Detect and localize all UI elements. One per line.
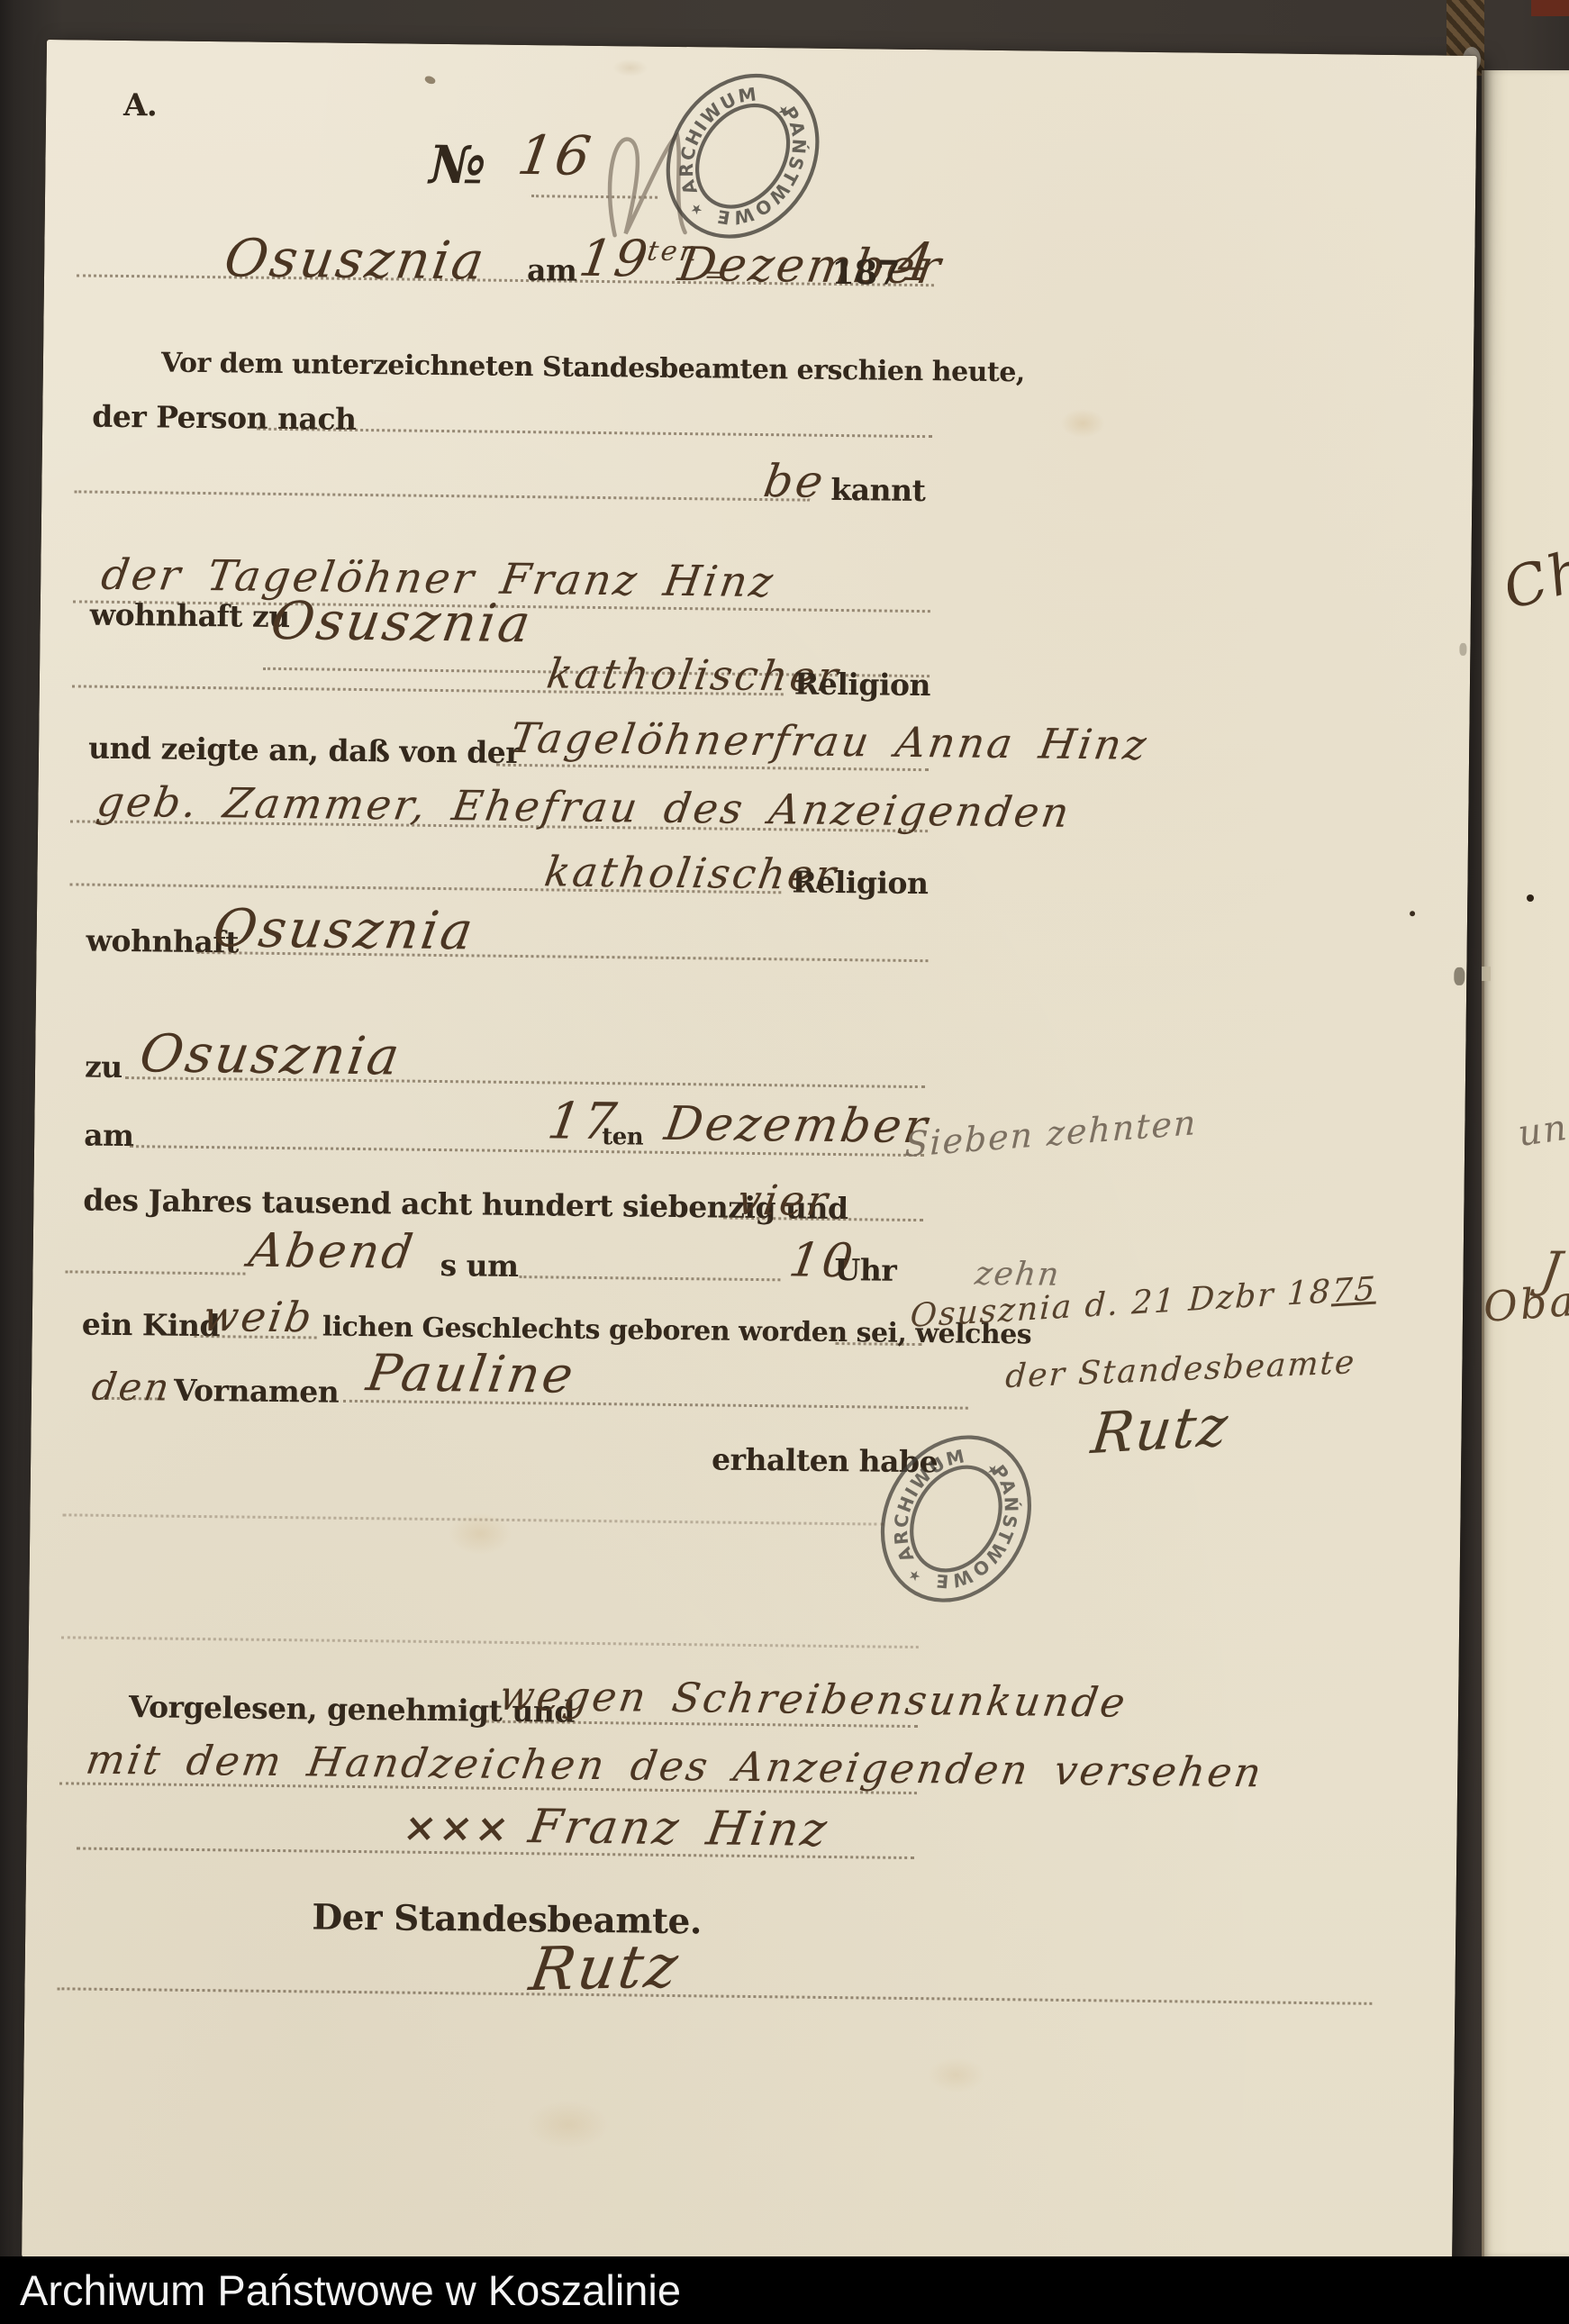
record-number-symbol: № [429,134,485,196]
article-entry: den [89,1365,175,1410]
religion-label: Religion [794,666,931,703]
svg-text:PAŃSTWOWE: PAŃSTWOWE [707,98,837,253]
paper-stain [915,2049,997,2101]
handmark-name: Franz Hinz [525,1800,832,1857]
record-page: A. № 16 ARCHIWUM PAŃSTWOWE ★ ★ Osusznia … [22,40,1477,2274]
fold-blot [1454,967,1465,985]
closing-hw1-entry: wegen Schreibensunkunde [496,1672,1131,1727]
wohnhaft-zu-label: wohnhaft zu [90,597,290,635]
page-crease [1482,70,1484,2256]
adjacent-page-edge: Ch un J Oba [1482,70,1569,2256]
margin-note-hour: zehn [973,1256,1062,1294]
dotted-rule [74,490,810,501]
margin-note-registrar: der Standesbeamte [1004,1344,1357,1395]
ink-dot [1410,911,1415,916]
dotted-rule [257,428,932,439]
archive-footer-bar: Archiwum Państwowe w Koszalinie [0,2256,1569,2324]
book-edge-red [1531,0,1569,16]
paper-nick [1482,967,1491,981]
adjacent-handwriting-fragment: un [1516,1107,1569,1155]
margin-signature: Rutz [1088,1393,1233,1467]
am-label: am [84,1118,134,1154]
place-entry: Osusznia [221,227,491,291]
svg-text:PAŃSTWOWE: PAŃSTWOWE [926,1457,1047,1614]
mother-entry: Tagelöhnerfrau Anna Hinz [507,713,1152,769]
form-corner-letter: A. [123,87,158,123]
kannt-label: kannt [830,472,925,508]
fold-nick [1459,643,1466,656]
vornamen-label: Vornamen [174,1373,340,1410]
gender-entry: weib [200,1292,318,1341]
person-nach-label: der Person nach [92,399,357,437]
adjacent-handwriting-fragment: Ch [1496,536,1569,622]
paper-stain [605,55,656,81]
announce-label: und zeigte an, daß von der [88,731,521,770]
zu-label: zu [85,1049,122,1085]
scanned-document-photo: { "footer": { "label": "Archiwum Państwo… [0,0,1569,2324]
bekannt-entry: be [760,455,829,508]
ten-label: ten [602,1123,643,1151]
intro-sentence: Vor dem unterzeichneten Standesbeamten e… [161,347,1025,388]
archive-stamp-icon: ARCHIWUM PAŃSTWOWE ★ ★ [846,1402,1067,1636]
child-name-entry: Pauline [363,1344,580,1405]
residence-entry: Osusznia [267,590,537,654]
svg-text:★: ★ [905,1566,924,1585]
handmark-line: ××× Franz Hinz [400,1799,825,1857]
margin-note-day: Sieben zehnten [904,1103,1198,1165]
dotted-rule [65,1270,245,1275]
dotted-rule [61,1636,919,1648]
paper-stain [509,2090,627,2159]
s-um-label: s um [440,1248,518,1284]
paper-stain [1051,403,1115,445]
underlined-year: 75 [1331,1270,1378,1310]
closing-hw2-entry: mit dem Handzeichen des Anzeigenden vers… [83,1736,1267,1797]
paper-stain [435,1503,526,1564]
handmark-crosses: ××× [400,1805,514,1852]
paper-speck [423,75,436,86]
adjacent-handwriting-fragment: Oba [1482,1276,1569,1331]
uhr-label: Uhr [834,1252,896,1288]
dotted-rule [57,1987,1372,2005]
ink-dot [1527,894,1534,902]
dotted-rule [62,1513,884,1525]
archive-name-label: Archiwum Państwowe w Koszalinie [20,2265,681,2315]
dotted-rule [519,1275,780,1281]
svg-text:★: ★ [687,199,706,219]
time-of-day-entry: Abend [245,1224,418,1280]
record-number-value: 16 [513,124,597,188]
dotted-rule [343,1400,968,1410]
printed-am: am [527,252,577,288]
printed-year-prefix: 187 [831,252,900,293]
birth-month-entry: Dezember [661,1097,933,1154]
year-sentence-label: des Jahres tausend acht hundert siebenzi… [83,1183,848,1227]
religion2-label: Religion [792,864,929,901]
